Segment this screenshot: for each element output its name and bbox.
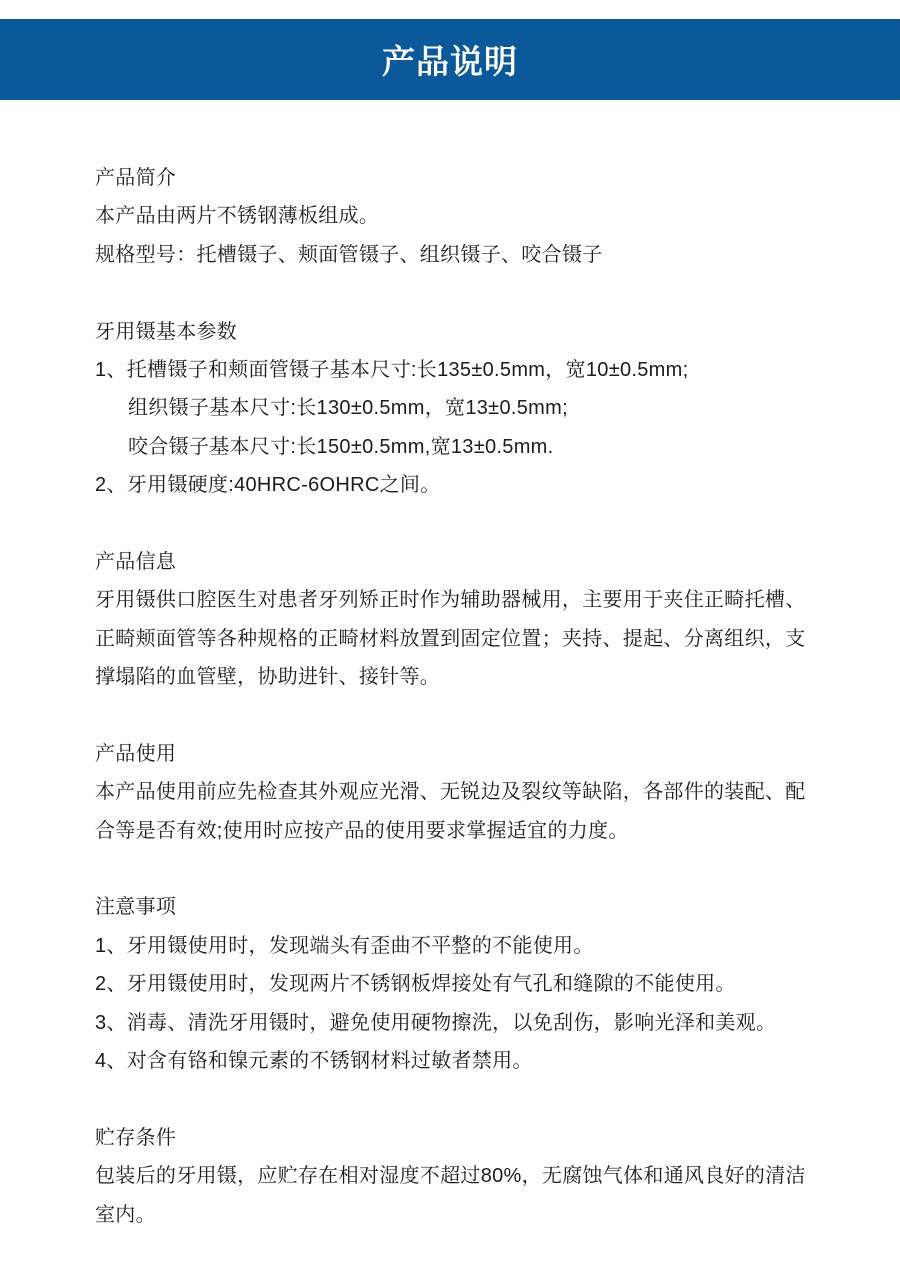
text-line: 正畸颊面管等各种规格的正畸材料放置到固定位置；夹持、提起、分离组织，支 bbox=[95, 620, 845, 658]
text-line: 包装后的牙用镊，应贮存在相对湿度不超过80%，无腐蚀气体和通风良好的清洁 bbox=[95, 1157, 845, 1195]
section-heading: 产品简介 bbox=[95, 159, 845, 197]
text-line: 组织镊子基本尺寸:长130±0.5mm，宽13±0.5mm; bbox=[95, 389, 845, 427]
section-heading: 贮存条件 bbox=[95, 1119, 845, 1157]
text-line: 牙用镊供口腔医生对患者牙列矫正时作为辅助器械用，主要用于夹住正畸托槽、 bbox=[95, 581, 845, 619]
section-intro: 产品简介本产品由两片不锈钢薄板组成。规格型号：托槽镊子、颊面管镊子、组织镊子、咬… bbox=[95, 159, 845, 274]
text-line: 4、对含有铬和镍元素的不锈钢材料过敏者禁用。 bbox=[95, 1042, 845, 1080]
section-heading: 牙用镊基本参数 bbox=[95, 313, 845, 351]
text-line: 本产品由两片不锈钢薄板组成。 bbox=[95, 197, 845, 235]
section-precautions: 注意事项1、牙用镊使用时，发现端头有歪曲不平整的不能使用。2、牙用镊使用时，发现… bbox=[95, 888, 845, 1080]
section-heading: 产品信息 bbox=[95, 543, 845, 581]
product-description-page: 产品说明 产品简介本产品由两片不锈钢薄板组成。规格型号：托槽镊子、颊面管镊子、组… bbox=[0, 0, 900, 1270]
section-product-information: 产品信息牙用镊供口腔医生对患者牙列矫正时作为辅助器械用，主要用于夹住正畸托槽、正… bbox=[95, 543, 845, 697]
text-line: 撑塌陷的血管壁，协助进针、接针等。 bbox=[95, 658, 845, 696]
section-storage-conditions: 贮存条件包装后的牙用镊，应贮存在相对湿度不超过80%，无腐蚀气体和通风良好的清洁… bbox=[95, 1119, 845, 1234]
text-line: 1、托槽镊子和颊面管镊子基本尺寸:长135±0.5mm，宽10±0.5mm; bbox=[95, 351, 845, 389]
section-product-use: 产品使用本产品使用前应先检查其外观应光滑、无锐边及裂纹等缺陷，各部件的装配、配合… bbox=[95, 735, 845, 850]
text-line: 室内。 bbox=[95, 1196, 845, 1234]
section-heading: 产品使用 bbox=[95, 735, 845, 773]
text-line: 规格型号：托槽镊子、颊面管镊子、组织镊子、咬合镊子 bbox=[95, 236, 845, 274]
title-banner: 产品说明 bbox=[0, 19, 900, 100]
text-line: 3、消毒、清洗牙用镊时，避免使用硬物擦洗，以免刮伤，影响光泽和美观。 bbox=[95, 1004, 845, 1042]
text-line: 本产品使用前应先检查其外观应光滑、无锐边及裂纹等缺陷，各部件的装配、配 bbox=[95, 773, 845, 811]
text-line: 合等是否有效;使用时应按产品的使用要求掌握适宜的力度。 bbox=[95, 812, 845, 850]
text-line: 1、牙用镊使用时，发现端头有歪曲不平整的不能使用。 bbox=[95, 927, 845, 965]
section-heading: 注意事项 bbox=[95, 888, 845, 926]
page-title: 产品说明 bbox=[382, 36, 518, 83]
text-line: 2、牙用镊使用时，发现两片不锈钢板焊接处有气孔和缝隙的不能使用。 bbox=[95, 965, 845, 1003]
document-body: 产品简介本产品由两片不锈钢薄板组成。规格型号：托槽镊子、颊面管镊子、组织镊子、咬… bbox=[0, 100, 900, 1234]
section-basic-parameters: 牙用镊基本参数1、托槽镊子和颊面管镊子基本尺寸:长135±0.5mm，宽10±0… bbox=[95, 313, 845, 505]
text-line: 咬合镊子基本尺寸:长150±0.5mm,宽13±0.5mm. bbox=[95, 428, 845, 466]
text-line: 2、牙用镊硬度:40HRC-6OHRC之间。 bbox=[95, 466, 845, 504]
